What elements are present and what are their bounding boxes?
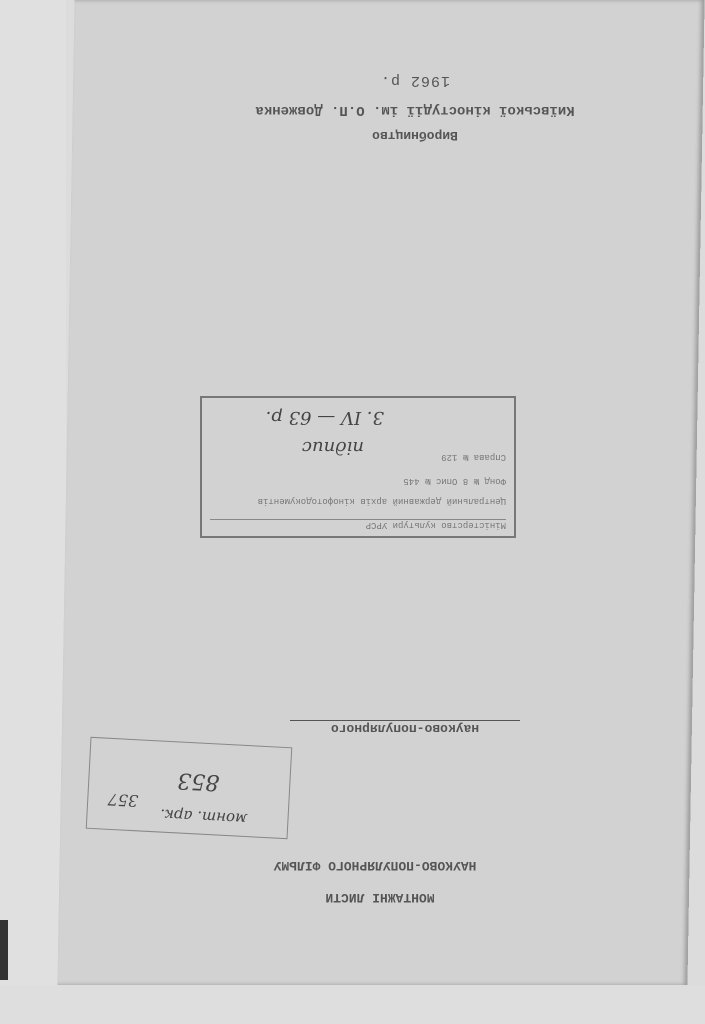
scan-edge-shadow [0, 920, 8, 980]
inventory-number-1: 853 [177, 767, 220, 794]
stamp-line-3: Фонд № 8 Опис № 445 [210, 476, 506, 486]
inventory-number-2: 357 [107, 790, 138, 811]
document-subtitle: НАУКОВО-ПОПУЛЯРНОГО ФІЛЬМУ [240, 858, 510, 873]
inventory-box: 853 357 монт. арк. [86, 737, 293, 839]
stamp-line-1: Міністерство культури УРСР [210, 519, 506, 530]
document-title: МОНТАЖНІ ЛИСТИ [300, 890, 460, 905]
studio-name: Київської кіностудії ім. О.П. Довженка [250, 102, 580, 118]
inventory-note: монт. арк. [160, 806, 248, 829]
handwritten-date: 3. IV — 63 р. [266, 407, 384, 428]
handwritten-signature: підпис [302, 437, 364, 458]
stamp-line-2: Центральний державний архів кінофотодоку… [210, 496, 506, 506]
production-year: 1962 р. [360, 72, 470, 89]
scan-background-left [0, 0, 66, 1024]
archive-stamp: Міністерство культури УРСР Центральний д… [200, 396, 516, 538]
scan-background-bottom [0, 985, 705, 1024]
production-label: Виробництво [360, 128, 470, 143]
genre-line: науково-популярного [290, 720, 520, 736]
